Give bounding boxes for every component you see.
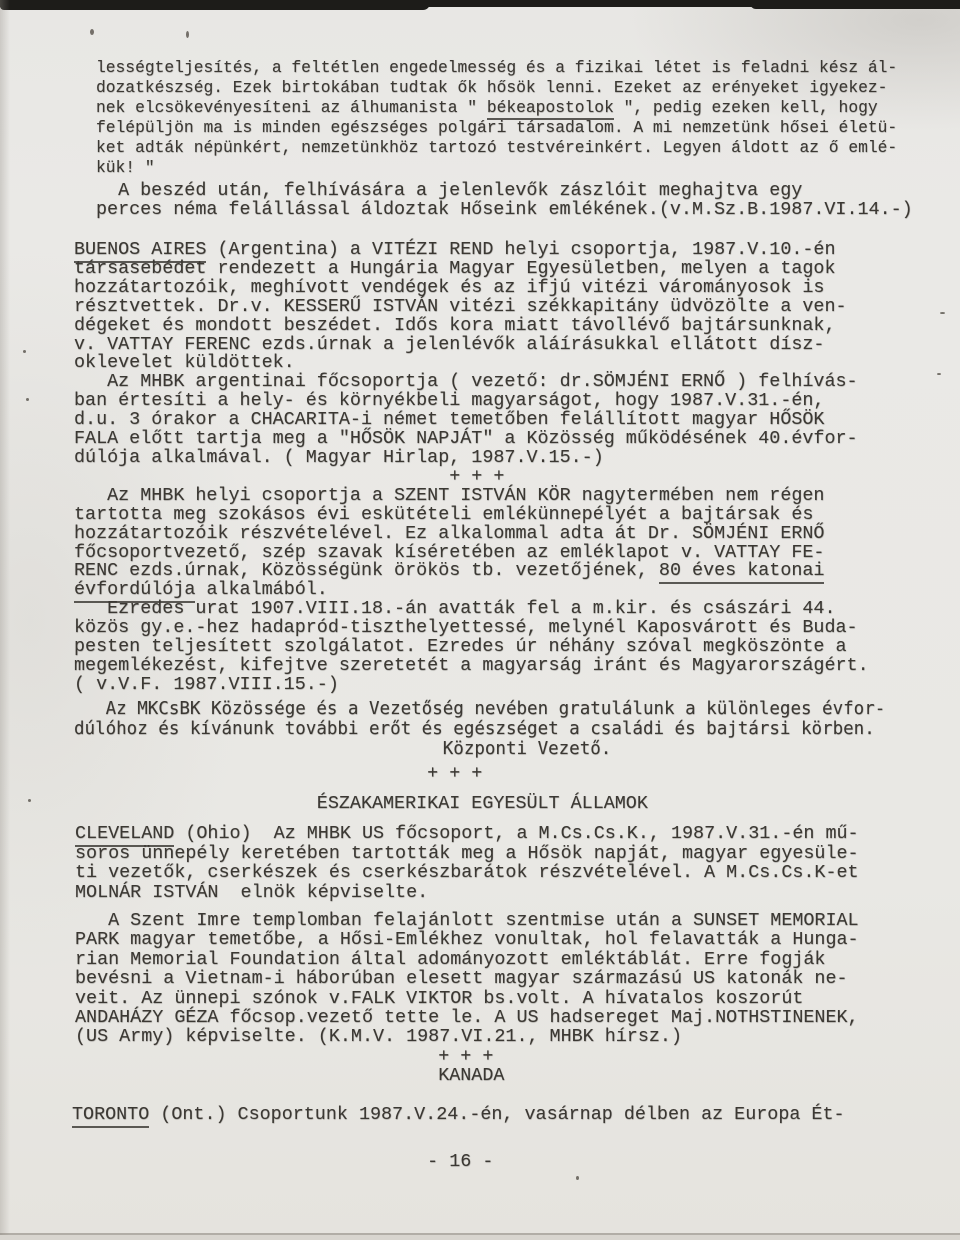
text-segment: résztvettek. Dr.v. KESSERŰ ISTVÁN vitézi…	[74, 296, 847, 317]
text-segment: ÉSZAKAMERIKAI EGYESÜLT ÁLLAMOK	[74, 793, 648, 814]
buenos-aires-section: BUENOS AIRES (Argentina) a VITÉZI REND h…	[74, 241, 869, 695]
text-segment: Az MKCsBK Közössége és a Vezetőség nevéb…	[74, 699, 885, 719]
scan-edge-left	[0, 0, 10, 1240]
scan-edge-top-left	[0, 0, 430, 10]
scan-edge-top-right	[750, 0, 960, 9]
text-segment: dúlóhoz és kívánunk további erőt és egés…	[74, 719, 875, 739]
scan-speck	[90, 29, 94, 35]
speech-closing-paragraph: A beszéd után, felhívására a jelenlevők …	[96, 181, 913, 220]
scan-edge-bottom-strip	[0, 1235, 960, 1240]
text-line: (US Army) képviselte. (K.M.V. 1987.VI.21…	[75, 1027, 859, 1046]
text-segment: alkalmából.	[195, 579, 327, 600]
text-segment: rian Memorial Foundation által adományoz…	[75, 949, 825, 970]
text-line: Központi Vezető.	[74, 739, 885, 759]
text-segment: Az MHBK argentinai főcsoportja ( vezető:…	[74, 371, 858, 392]
text-line: dozatkészség. Ezek birtokában tudtak ők …	[96, 78, 897, 98]
text-line: soros ünnepély keretében tartották meg a…	[75, 844, 859, 864]
text-segment: ket adták népünkért, nemzetünkhöz tartoz…	[96, 138, 897, 157]
text-line: dúlóhoz és kívánunk további erőt és egés…	[74, 719, 885, 739]
text-segment: d.u. 3 órakor a CHACARITA-i német temető…	[74, 409, 824, 430]
text-segment: veit. Az ünnepi szónok v.FALK VIKTOR bs.…	[75, 988, 803, 1009]
text-segment: megemlékezést, kifejtve szeretetét a mag…	[74, 655, 869, 676]
text-segment: - 16 -	[74, 1151, 493, 1172]
text-line: - 16 -	[74, 1152, 493, 1171]
text-segment: közös gy.e.-hez hadapród-tiszthelyettess…	[74, 617, 858, 638]
text-line: TORONTO (Ont.) Csoportunk 1987.V.24.-én,…	[72, 1105, 845, 1124]
usa-section-heading: ÉSZAKAMERIKAI EGYESÜLT ÁLLAMOK	[74, 794, 648, 813]
text-segment: + + +	[74, 763, 482, 784]
text-segment: pesten teljesített szolgálatot. Ezredes …	[74, 636, 847, 657]
text-segment: ( v.V.F. 1987.VIII.15.-)	[74, 674, 339, 695]
text-segment: v. VATTAY FERENC ezds.úrnak a jelenlévők…	[74, 334, 824, 355]
underlined-text-segment: 80 éves katonai	[659, 560, 825, 584]
underlined-text-segment: békeapostolok	[487, 98, 614, 120]
scan-speck	[186, 31, 189, 38]
text-segment: hozzátartozóik, meghívott vendégek és az…	[74, 277, 824, 298]
scanned-page: lességteljesítés, a feltétlen engedelmes…	[0, 0, 960, 1240]
scan-speck	[576, 1176, 579, 1180]
text-segment: hozzátartozóik részvételével. Ez alkalom…	[74, 523, 824, 544]
mkcsbk-greeting-paragraph: Az MKCsBK Közössége és a Vezetőség nevéb…	[74, 699, 885, 760]
text-line: bevésni a Vietnam-i háborúban elesett ma…	[75, 969, 859, 988]
text-line: nek elcsökevényesíteni az álhumanista " …	[96, 98, 897, 118]
text-line: KANADA	[74, 1066, 504, 1085]
text-line: felépüljön ma is minden egészséges polgá…	[96, 118, 897, 138]
text-segment: ti vezetők, cserkészek és cserkészbaráto…	[75, 862, 859, 883]
underlined-text-segment: TORONTO	[72, 1104, 149, 1128]
intro-continuation-paragraph: lességteljesítés, a feltétlen engedelmes…	[96, 58, 897, 178]
text-line: Az MKCsBK Közössége és a Vezetőség nevéb…	[74, 699, 885, 719]
text-segment: A Szent Imre templomban felajánlott szen…	[75, 910, 859, 931]
text-segment: kük! "	[96, 158, 155, 177]
text-segment: FALA előtt tartja meg a "HŐSÖK NAPJÁT" a…	[74, 428, 858, 449]
plus-separator-1: + + +	[74, 764, 482, 783]
text-line: veit. Az ünnepi szónok v.FALK VIKTOR bs.…	[75, 989, 859, 1008]
scan-speck	[940, 312, 945, 314]
text-segment: főcsoportvezető, szép szavak kíséretében…	[74, 542, 824, 563]
text-segment: perces néma felállással áldoztak Hőseink…	[96, 199, 913, 220]
text-line: ti vezetők, cserkészek és cserkészbaráto…	[75, 863, 859, 883]
text-line: perces néma felállással áldoztak Hőseink…	[96, 200, 913, 219]
text-line: lességteljesítés, a feltétlen engedelmes…	[96, 58, 897, 78]
text-segment: MOLNÁR ISTVÁN elnök képviselte.	[75, 882, 428, 903]
text-segment: PARK magyar temetőbe, a Hősi-Emlékhez vo…	[75, 929, 859, 950]
sunset-memorial-paragraph: A Szent Imre templomban felajánlott szen…	[75, 911, 859, 1047]
text-segment: dégeket és mondott beszédet. Idős kora m…	[74, 315, 836, 336]
text-segment: nek elcsökevényesíteni az álhumanista "	[96, 98, 487, 117]
cleveland-section: CLEVELAND (Ohio) Az MHBK US főcsoport, a…	[75, 824, 859, 902]
text-segment: lességteljesítés, a feltétlen engedelmes…	[96, 58, 897, 77]
text-segment: ANDAHÁZY GÉZA főcsop.vezető tette le. A …	[75, 1007, 859, 1028]
text-segment: Ezredes urat 1907.VIII.18.-án avatták fe…	[74, 598, 836, 619]
text-segment: Központi Vezető.	[74, 739, 611, 759]
text-segment: tartotta meg szokásos évi eskütételi eml…	[74, 504, 813, 525]
text-line: A Szent Imre templomban felajánlott szen…	[75, 911, 859, 930]
text-line: CLEVELAND (Ohio) Az MHBK US főcsoport, a…	[75, 824, 859, 844]
text-line: A beszéd után, felhívására a jelenlevők …	[96, 181, 913, 200]
text-segment: (Ont.) Csoportunk 1987.V.24.-én, vasárna…	[149, 1104, 844, 1125]
text-line: ket adták népünkért, nemzetünkhöz tartoz…	[96, 138, 897, 158]
text-segment: Az MHBK helyi csoportja a SZENT ISTVÁN K…	[74, 485, 824, 506]
text-line: rian Memorial Foundation által adományoz…	[75, 950, 859, 969]
text-line: ÉSZAKAMERIKAI EGYESÜLT ÁLLAMOK	[74, 794, 648, 813]
text-segment: RENC ezds.úrnak, Közösségünk örökös tb. …	[74, 560, 659, 581]
kanada-section-heading: KANADA	[74, 1066, 504, 1085]
text-segment: + + +	[74, 1046, 493, 1067]
text-segment: A beszéd után, felhívására a jelenlevők …	[96, 180, 802, 201]
toronto-section: TORONTO (Ont.) Csoportunk 1987.V.24.-én,…	[72, 1105, 845, 1124]
text-segment: bevésni a Vietnam-i háborúban elesett ma…	[75, 968, 848, 989]
text-segment: (Argentina) a VITÉZI REND helyi csoportj…	[206, 239, 835, 260]
text-segment: (Ohio) Az MHBK US főcsoport, a M.Cs.Cs.K…	[174, 823, 858, 844]
scan-speck	[937, 373, 941, 375]
text-line: + + +	[74, 1047, 493, 1066]
text-line: + + +	[74, 764, 482, 783]
text-line: MOLNÁR ISTVÁN elnök képviselte.	[75, 883, 859, 903]
text-segment: társasebédet rendezett a Hungária Magyar…	[74, 258, 836, 279]
text-segment: (US Army) képviselte. (K.M.V. 1987.VI.21…	[75, 1026, 682, 1047]
page-number-footer: - 16 -	[74, 1152, 493, 1171]
text-segment: soros ünnepély keretében tartották meg a…	[75, 843, 859, 864]
plus-separator-2: + + +	[74, 1047, 493, 1066]
text-segment: ", pedig ezeken kell, hogy	[614, 98, 878, 117]
scan-speck	[23, 350, 26, 353]
scan-speck	[28, 799, 31, 802]
scan-speck	[26, 398, 29, 401]
text-segment: dozatkészség. Ezek birtokában tudtak ők …	[96, 78, 887, 97]
text-line: kük! "	[96, 158, 897, 178]
text-segment: felépüljön ma is minden egészséges polgá…	[96, 118, 897, 137]
text-line: ANDAHÁZY GÉZA főcsop.vezető tette le. A …	[75, 1008, 859, 1027]
text-line: PARK magyar temetőbe, a Hősi-Emlékhez vo…	[75, 930, 859, 949]
text-segment: KANADA	[74, 1065, 504, 1086]
text-line: ( v.V.F. 1987.VIII.15.-)	[74, 676, 869, 695]
text-segment: + + +	[74, 466, 504, 487]
text-segment: dúlója alkalmával. ( Magyar Hirlap, 1987…	[74, 447, 604, 468]
